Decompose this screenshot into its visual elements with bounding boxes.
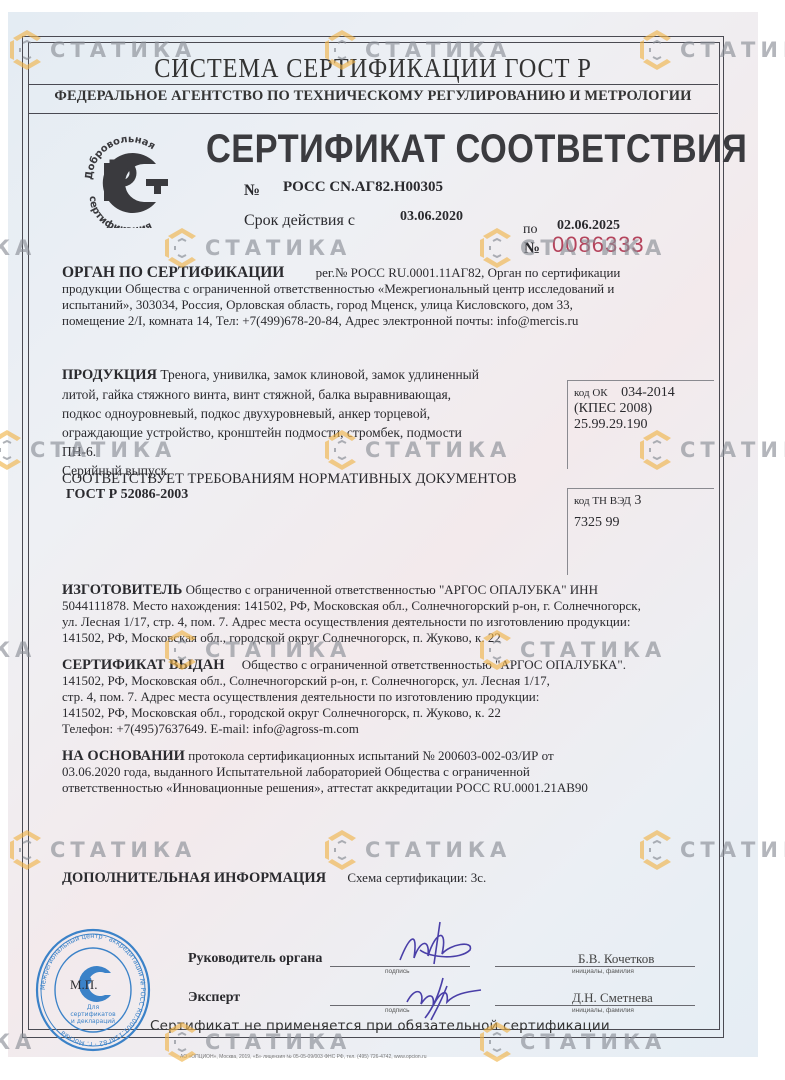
certificate-title: СЕРТИФИКАТ СООТВЕТСТВИЯ [206, 127, 747, 172]
header-divider [28, 84, 718, 85]
okpd-label: код ОК [574, 387, 608, 399]
expert-name: Д.Н. Сметнева [572, 990, 653, 1006]
seal-placeholder-label: М.П. [70, 977, 97, 993]
product-line: Тренога, унивилка, замок клиновой, замок… [160, 367, 479, 382]
tnved-code: 7325 99 [574, 515, 708, 531]
manufacturer-line: 141502, РФ, Московская обл., городской о… [62, 630, 702, 646]
certification-body-line: испытаний», 303034, Россия, Орловская об… [62, 297, 702, 313]
rst-voluntary-logo: Добровольная сертификация [74, 128, 184, 228]
head-label: Руководитель органа [188, 951, 322, 967]
additional-info-label: ДОПОЛНИТЕЛЬНАЯ ИНФОРМАЦИЯ [62, 870, 326, 886]
issued-to-line: стр. 4, пом. 7. Адрес места осуществлени… [62, 689, 702, 705]
expert-signature-icon [395, 972, 485, 1022]
manufacturer-label: ИЗГОТОВИТЕЛЬ [62, 582, 182, 598]
svg-text:Для: Для [87, 1004, 100, 1011]
agency-name: ФЕДЕРАЛЬНОЕ АГЕНТСТВО ПО ТЕХНИЧЕСКОМУ РЕ… [28, 88, 718, 105]
tnved-label: код ТН ВЭД [574, 495, 631, 507]
tnved-code-box: код ТН ВЭД 3 7325 99 [567, 488, 714, 575]
header-divider-bottom [28, 113, 718, 114]
manufacturer-section: ИЗГОТОВИТЕЛЬ Общество с ограниченной отв… [62, 582, 702, 646]
certification-body-line: помещение 2/I, комната 14, Тел: +7(499)6… [62, 313, 702, 329]
conformity-label: СООТВЕТСТВУЕТ ТРЕБОВАНИЯМ НОРМАТИВНЫХ ДО… [62, 471, 702, 487]
basis-label: НА ОСНОВАНИИ [62, 748, 185, 764]
svg-text:и деклараций: и деклараций [71, 1018, 115, 1025]
product-line: подкос одноуровневый, подкос двухуровнев… [62, 404, 550, 423]
name-caption: инициалы, фамилия [572, 1007, 634, 1014]
issued-to-label: СЕРТИФИКАТ ВЫДАН [62, 657, 225, 673]
manufacturer-line: ул. Лесная 1/17, стр. 4, пом. 7. Адрес м… [62, 614, 702, 630]
product-section: ПРОДУКЦИЯ Тренога, унивилка, замок клино… [62, 365, 550, 480]
rst-logo-icon: Добровольная сертификация [74, 128, 184, 228]
issued-to-section: СЕРТИФИКАТ ВЫДАН Общество с ограниченной… [62, 657, 702, 737]
validity-label: Срок действия с [244, 212, 355, 230]
certification-body-line: продукции Общества с ограниченной ответс… [62, 281, 702, 297]
certification-body-section: ОРГАН ПО СЕРТИФИКАЦИИ рег.№ РОСС RU.0001… [62, 265, 702, 329]
additional-info-section: ДОПОЛНИТЕЛЬНАЯ ИНФОРМАЦИЯ Схема сертифик… [62, 870, 702, 886]
basis-section: НА ОСНОВАНИИ протокола сертификационных … [62, 748, 702, 796]
printer-info: АО «ОПЦИОН», Москва, 2019, «Б» лицензия … [180, 1054, 427, 1060]
okpd-kpes: (КПЕС 2008) [574, 401, 708, 417]
basis-line: 03.06.2020 года, выданного Испытательной… [62, 764, 702, 780]
system-title: СИСТЕМА СЕРТИФИКАЦИИ ГОСТ Р [63, 53, 684, 84]
manufacturer-line: Общество с ограниченной ответственностью… [186, 582, 598, 597]
head-name: Б.В. Кочетков [578, 951, 654, 967]
issued-to-contact: Телефон: +7(495)7637649. E-mail: info@ag… [62, 721, 702, 737]
certification-body-reg: рег.№ РОСС RU.0001.11АГ82, Орган по серт… [316, 265, 621, 280]
okpd-code: 25.99.29.190 [574, 417, 708, 433]
svg-text:сертификатов: сертификатов [70, 1011, 116, 1018]
blank-number-label: № [524, 240, 540, 258]
okpd-standard: 034-2014 [621, 385, 675, 400]
basis-line: протокола сертификационных испытаний № 2… [188, 748, 554, 763]
certification-scheme: Схема сертификации: 3с. [347, 870, 486, 885]
certificate-number-label: № [244, 182, 260, 200]
blank-number: 0086333 [552, 232, 645, 258]
issued-to-line: Общество с ограниченной ответственностью… [242, 657, 626, 672]
certification-body-label: ОРГАН ПО СЕРТИФИКАЦИИ [62, 264, 284, 281]
valid-to-label: по [523, 222, 538, 238]
expert-label: Эксперт [188, 990, 240, 1006]
valid-from: 03.06.2020 [400, 209, 463, 225]
product-line: ограждающие устройство, кронштейн подмос… [62, 423, 550, 442]
tnved-suffix: 3 [634, 493, 641, 508]
name-caption: инициалы, фамилия [572, 968, 634, 975]
product-line: литой, гайка стяжного винта, винт стяжно… [62, 385, 550, 404]
basis-line: ответственностью «Инновационные решения»… [62, 780, 702, 796]
voluntary-notice: Сертификат не применяется при обязательн… [150, 1018, 610, 1034]
okpd-code-box: код ОК 034-2014 (КПЕС 2008) 25.99.29.190 [567, 380, 714, 469]
product-line: ПН-6. [62, 442, 550, 461]
head-signature-icon [390, 920, 480, 970]
certificate-number: РОСС CN.АГ82.Н00305 [283, 179, 443, 196]
product-label: ПРОДУКЦИЯ [62, 367, 157, 383]
issued-to-line: 141502, РФ, Московская обл., городской о… [62, 705, 702, 721]
manufacturer-line: 5044111878. Место нахождения: 141502, РФ… [62, 598, 702, 614]
issued-to-line: 141502, РФ, Московская обл., Солнечногор… [62, 673, 702, 689]
